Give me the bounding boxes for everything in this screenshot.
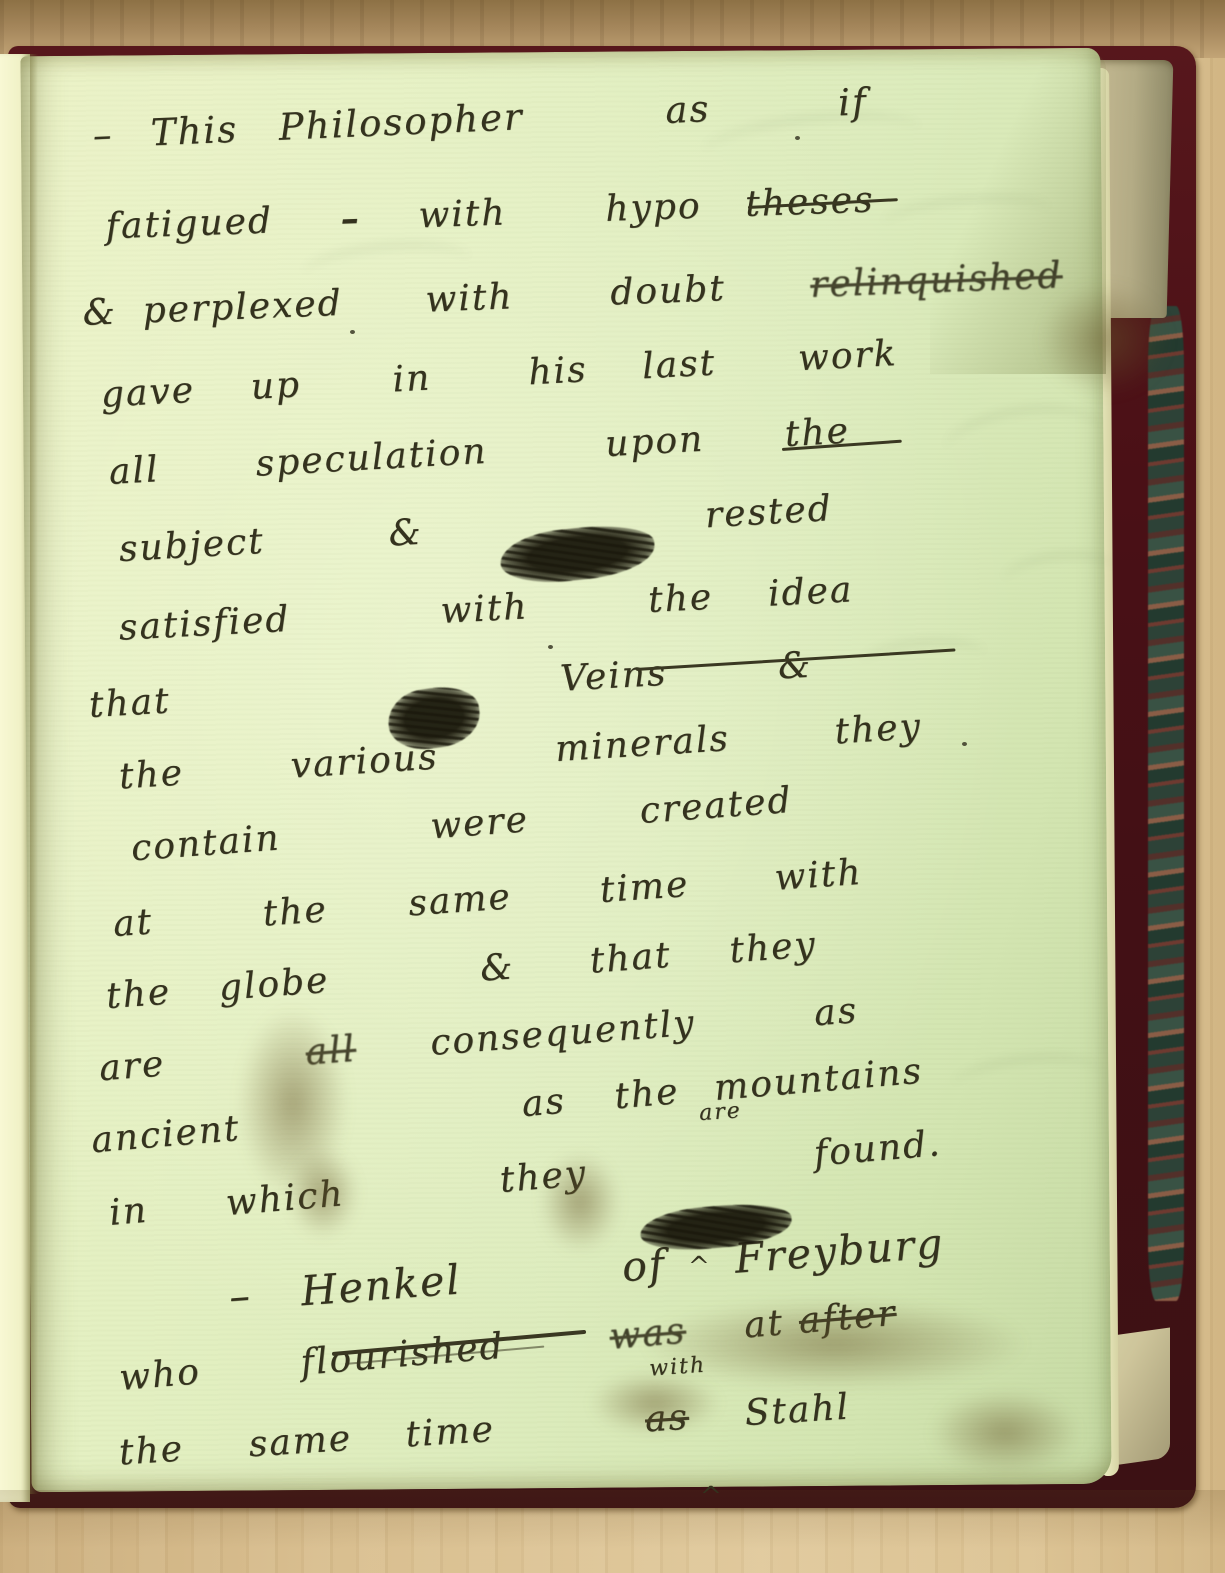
page-corner-shadow xyxy=(930,54,1106,374)
photograph-of-notebook: –ThisPhilosopherasiffatigued–withhypothe… xyxy=(0,0,1225,1573)
marbled-board-edge xyxy=(1148,306,1184,1301)
table-shadow xyxy=(0,1490,1225,1573)
gutter-crease xyxy=(30,54,38,1494)
